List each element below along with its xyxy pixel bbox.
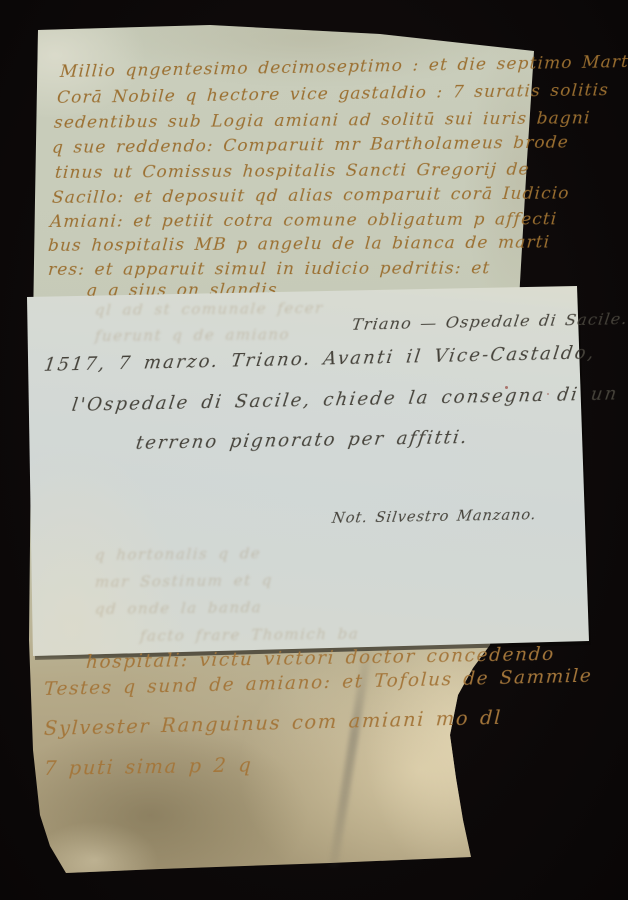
manuscript-line: 7 puti sima p 2 q (43, 753, 253, 781)
ghost-text-line: ql ad st comunale fecer (94, 299, 324, 319)
manuscript-line: tinus ut Comissus hospitalis Sancti Greg… (54, 159, 530, 184)
manuscript-line: Sacillo: et deposuit qd alias comparuit … (51, 182, 570, 209)
manuscript-line: bus hospitalis MB p angelu de la bianca … (47, 231, 551, 257)
manuscript-line: Amiani: et petiit cotra comune obligatum… (49, 208, 558, 233)
manuscript-line: sedentibus sub Logia amiani ad solitū su… (53, 107, 591, 134)
ghost-text-line: facto frare Thomich ba (139, 625, 359, 645)
manuscript-line: res: et apparuit simul in iudicio pedrit… (47, 257, 491, 281)
ghost-text-line: fuerunt q de amiano (94, 325, 290, 345)
ghost-text-line: mar Sostinum et q (94, 571, 273, 591)
ghost-text-line: qd onde la banda (94, 598, 262, 618)
photo-background: Millio qngentesimo decimoseptimo : et di… (0, 0, 628, 900)
ink-speck (505, 386, 508, 389)
ink-speck (547, 393, 549, 395)
ghost-text-line: q hortonalis q de (94, 544, 261, 564)
